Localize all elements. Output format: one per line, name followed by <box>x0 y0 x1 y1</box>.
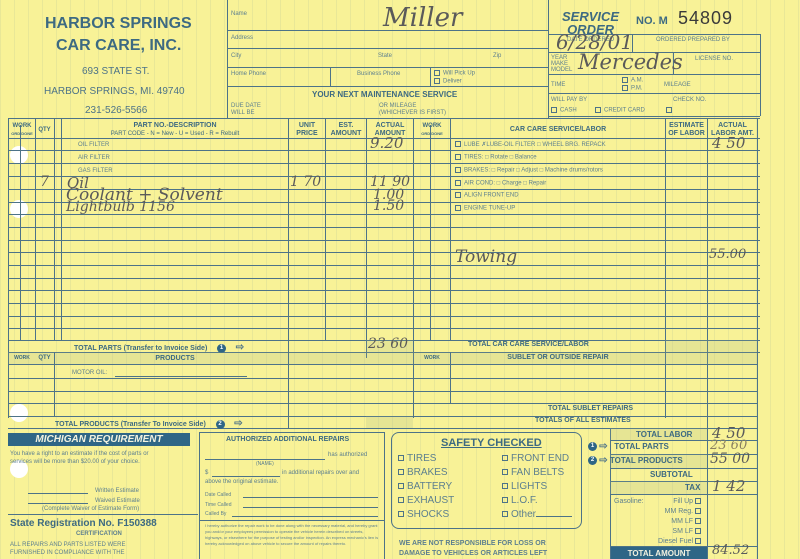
waiver-form-note: (Complete Waiver of Estimate Form) <box>42 506 139 512</box>
name-caption: (NAME) <box>256 461 274 467</box>
date-called-label[interactable]: Date Called <box>205 492 231 498</box>
safety-exhaust[interactable]: EXHAUST <box>398 494 454 508</box>
parts-qty-header: QTY <box>35 126 54 134</box>
company-name-2: CAR CARE, INC. <box>56 37 181 55</box>
arrow-right-icon: ⇨ <box>599 441 607 452</box>
prepared-by-label[interactable]: ORDERED PREPARED BY <box>656 37 730 43</box>
tax-value[interactable]: 1 42 <box>712 477 745 495</box>
checkbox-icon <box>455 167 461 173</box>
has-authorized: has authorized <box>328 452 367 458</box>
make-value[interactable]: Mercedes <box>578 50 683 74</box>
mileage-due-label[interactable]: OR MILEAGE (WHICHEVER IS FIRST) <box>379 103 454 117</box>
zip-label[interactable]: Zip <box>493 53 501 59</box>
towing-item[interactable]: Towing <box>455 247 517 267</box>
state-label[interactable]: State <box>378 53 392 59</box>
am-option[interactable]: A.M. <box>622 77 643 84</box>
city-label[interactable]: City <box>231 53 241 59</box>
called-by-label[interactable]: Called By <box>205 511 226 517</box>
part-actual-6[interactable]: 1.50 <box>373 198 404 214</box>
will-pick-up-option[interactable]: Will Pick Up <box>434 70 475 77</box>
safety-fan-belts[interactable]: FAN BELTS <box>502 466 572 480</box>
checkbox-icon <box>455 192 461 198</box>
total-products-summary-value[interactable]: 55 00 <box>710 451 750 467</box>
labor-item-lube[interactable]: LUBE ✗LUBE-OIL FILTER □ WHEEL BRG. REPAC… <box>455 141 606 148</box>
total-parts-row: 1 ⇨ TOTAL PARTS <box>588 441 669 452</box>
checkbox-icon <box>434 70 440 76</box>
safety-battery[interactable]: BATTERY <box>398 480 454 494</box>
checkbox-icon <box>666 107 672 113</box>
labor-item-tuneup[interactable]: ENGINE TUNE-UP <box>455 205 515 212</box>
total-amount-value[interactable]: 84.52 <box>712 543 749 558</box>
air-filter-label: AIR FILTER <box>78 155 110 161</box>
safety-shocks[interactable]: SHOCKS <box>398 508 454 522</box>
products-qty-header: QTY <box>35 354 54 362</box>
name-label: Name <box>231 11 247 17</box>
total-products-label: TOTAL PRODUCTS (Transfer To Invoice Side… <box>55 418 243 429</box>
certification-title: CERTIFICATION <box>76 531 122 537</box>
safety-tires[interactable]: TIRES <box>398 452 454 466</box>
labor-item-align[interactable]: ALIGN FRONT END <box>455 192 519 199</box>
michigan-requirement-title: MICHIGAN REQUIREMENT <box>8 433 190 446</box>
towing-amount[interactable]: 55.00 <box>709 247 746 262</box>
time-called-label[interactable]: Time Called <box>205 502 232 508</box>
order-number-label: NO. M <box>636 15 668 27</box>
checkbox-icon <box>595 107 601 113</box>
safety-lights[interactable]: LIGHTS <box>502 480 572 494</box>
total-products-row: 2 ⇨ TOTAL PRODUCTS <box>588 455 683 466</box>
written-estimate[interactable]: Written Estimate <box>95 488 139 494</box>
checkbox-icon <box>551 107 557 113</box>
products-work-header: WORK <box>9 354 35 362</box>
fuel-mm-reg[interactable]: MM Reg. <box>614 507 704 517</box>
labor-actual-1[interactable]: 4 50 <box>712 134 745 152</box>
disclaimer-2: DAMAGE TO VEHICLES OR ARTICLES LEFT <box>399 550 547 557</box>
fuel-diesel[interactable]: Diesel Fuel <box>614 537 704 547</box>
checkbox-icon <box>434 78 440 84</box>
disclaimer-1: WE ARE NOT RESPONSIBLE FOR LOSS OR <box>399 540 546 547</box>
cash-option[interactable]: CASH <box>551 107 577 114</box>
products-header: PRODUCTS <box>62 355 288 363</box>
arrow-right-icon: ⇨ <box>234 418 242 429</box>
home-phone-label[interactable]: Home Phone <box>231 71 266 77</box>
waived-estimate[interactable]: Waived Estimate <box>95 498 140 504</box>
checkbox-icon <box>455 205 461 211</box>
time-label[interactable]: TIME <box>551 82 565 88</box>
safety-checked-title: SAFETY CHECKED <box>441 437 542 449</box>
number-two-badge: 2 <box>216 420 225 429</box>
est-amount-header: EST. AMOUNT <box>326 122 366 138</box>
total-labor-service-label: TOTAL CAR CARE SERVICE/LABOR <box>468 341 589 348</box>
customer-name[interactable]: Miller <box>383 3 462 33</box>
checkbox-icon <box>455 180 461 186</box>
certification-text: ALL REPAIRS AND PARTS LISTED WERE FURNIS… <box>10 541 160 557</box>
fuel-options: Gasoline:Fill Up MM Reg. MM LF SM LF Die… <box>614 497 704 547</box>
fuel-mm-lf[interactable]: MM LF <box>614 517 704 527</box>
company-street: 693 STATE ST. <box>82 66 149 77</box>
mileage-label[interactable]: MILEAGE <box>664 82 691 88</box>
pm-option[interactable]: P.M. <box>622 85 643 92</box>
company-phone: 231-526-5566 <box>85 105 147 116</box>
labor-work-header: WORKORD DONE <box>414 122 450 138</box>
authorization-fine-print: I hereby authorize the repair work to be… <box>205 523 380 547</box>
labor-item-tires[interactable]: TIRES: □ Rotate □ Balance <box>455 154 537 161</box>
totals-estimates-label: TOTALS OF ALL ESTIMATES <box>535 417 631 424</box>
checkbox-icon <box>455 141 461 147</box>
sublet-header: SUBLET OR OUTSIDE REPAIR <box>451 354 665 362</box>
company-name-1: HARBOR SPRINGS <box>45 15 192 33</box>
safety-lof[interactable]: L.O.F. <box>502 494 572 508</box>
will-pay-by-label: WILL PAY BY <box>551 97 587 103</box>
part-qty-4[interactable]: 7 <box>40 174 49 190</box>
business-phone-label[interactable]: Business Phone <box>357 71 400 77</box>
total-labor-label: TOTAL LABOR <box>636 430 692 439</box>
labor-item-aircond[interactable]: AIR COND: □ Charge □ Repair <box>455 180 546 187</box>
order-number: 54809 <box>678 8 733 29</box>
labor-title-header: CAR CARE SERVICE/LABOR <box>451 126 665 134</box>
year-make-model-label: YEAR MAKE MODEL <box>551 55 575 73</box>
sublet-work-header: WORK <box>414 354 450 362</box>
subtotal-label: SUBTOTAL <box>650 470 693 479</box>
part-actual-1[interactable]: 9.20 <box>370 134 403 152</box>
address-label[interactable]: Address <box>231 35 253 41</box>
total-amount-label: TOTAL AMOUNT <box>611 547 707 559</box>
fuel-fill-up[interactable]: Gasoline:Fill Up <box>614 497 704 507</box>
number-two-badge: 2 <box>588 456 597 465</box>
tax-label: TAX <box>685 483 700 492</box>
binder-hole <box>10 146 28 164</box>
total-parts-value[interactable]: 23 60 <box>368 336 408 352</box>
number-one-badge: 1 <box>588 442 597 451</box>
total-sublet-label: TOTAL SUBLET REPAIRS <box>548 405 633 412</box>
credit-card-option[interactable]: CREDIT CARD <box>595 107 645 114</box>
checkbox-icon <box>622 85 628 91</box>
michigan-text: You have a right to an estimate if the c… <box>10 450 160 466</box>
estimate-labor-header: ESTIMATE OF LABOR <box>666 122 707 138</box>
due-date-label[interactable]: DUE DATE WILL BE <box>231 103 271 117</box>
safety-front-end[interactable]: FRONT END <box>502 452 572 466</box>
safety-left-col: TIRES BRAKES BATTERY EXHAUST SHOCKS <box>398 452 454 522</box>
check-option[interactable] <box>666 107 675 114</box>
part-unit-price-4[interactable]: 1 70 <box>290 174 321 190</box>
safety-other[interactable]: Other <box>502 508 572 522</box>
motor-oil-label[interactable]: MOTOR OIL: <box>72 370 107 376</box>
arrow-right-icon: ⇨ <box>599 455 607 466</box>
part-desc-6[interactable]: Lightbulb 1156 <box>66 199 175 215</box>
license-label[interactable]: LICENSE NO. <box>695 56 733 62</box>
checkbox-icon <box>455 154 461 160</box>
binder-hole <box>10 404 28 422</box>
state-registration: State Registration No. F150388 <box>10 518 157 529</box>
dollar-sign: $ <box>205 470 208 476</box>
unit-price-header: UNIT PRICE <box>290 122 324 138</box>
checkbox-icon <box>622 77 628 83</box>
authorized-title: AUTHORIZED ADDITIONAL REPAIRS <box>226 436 349 443</box>
deliver-option[interactable]: Deliver <box>434 78 462 85</box>
next-maintenance-title: YOUR NEXT MAINTENANCE SERVICE <box>312 90 457 99</box>
oil-filter-label: OIL FILTER <box>78 142 109 148</box>
additional-repairs-text: in additional repairs over and <box>282 470 359 476</box>
company-city: HARBOR SPRINGS, MI. 49740 <box>44 86 185 97</box>
fuel-sm-lf[interactable]: SM LF <box>614 527 704 537</box>
above-estimate-text: above the original estimate. <box>205 479 278 485</box>
parts-work-header: WORKORD DONE <box>9 122 35 138</box>
check-no-label[interactable]: CHECK NO. <box>673 97 706 103</box>
labor-item-brakes[interactable]: BRAKES: □ Repair □ Adjust □ Machine drum… <box>455 167 603 174</box>
safety-right-col: FRONT END FAN BELTS LIGHTS L.O.F. Other <box>502 452 572 522</box>
safety-brakes[interactable]: BRAKES <box>398 466 454 480</box>
parts-desc-header: PART NO.-DESCRIPTION PART CODE - N = New… <box>62 122 288 138</box>
